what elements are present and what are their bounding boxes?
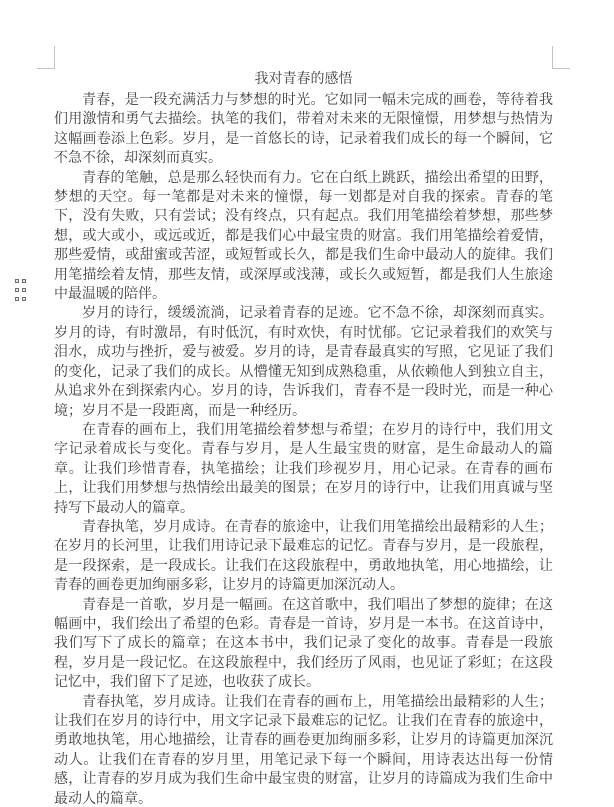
paragraph-7: 青春执笔，岁月成诗。让我们在青春的画布上，用笔描绘出最精彩的人生；让我们在岁月的… <box>54 693 553 807</box>
margin-crop-mark-top-right-icon <box>552 46 570 69</box>
document-title: 我对青春的感悟 <box>54 68 553 91</box>
handle-dot <box>15 279 19 283</box>
paragraph-2: 青春的笔触，总是那么轻快而有力。它在白纸上跳跃，描绘出希望的田野，梦想的天空。每… <box>54 169 553 305</box>
document-page: 我对青春的感悟 青春，是一段充满活力与梦想的时光。它如同一幅未完成的画卷，等待着… <box>0 0 614 807</box>
margin-crop-mark-top-left-icon <box>37 46 55 69</box>
paragraph-3: 岁月的诗行，缓缓流淌，记录着青春的足迹。它不急不徐，却深刻而真实。岁月的诗，有时… <box>54 304 553 420</box>
handle-dot <box>15 297 19 301</box>
handle-dot <box>22 288 26 292</box>
document-body[interactable]: 我对青春的感悟 青春，是一段充满活力与梦想的时光。它如同一幅未完成的画卷，等待着… <box>54 68 553 807</box>
paragraph-5: 青春执笔，岁月成诗。在青春的旅途中，让我们用笔描绘出最精彩的人生；在岁月的长河里… <box>54 518 553 596</box>
handle-dot <box>15 288 19 292</box>
paragraph-1: 青春，是一段充满活力与梦想的时光。它如同一幅未完成的画卷，等待着我们用激情和勇气… <box>54 91 553 169</box>
handle-dot <box>22 297 26 301</box>
paragraph-6: 青春是一首歌，岁月是一幅画。在这首歌中，我们唱出了梦想的旋律；在这幅画中，我们绘… <box>54 596 553 693</box>
drag-handle-icon[interactable] <box>15 279 27 301</box>
handle-dot <box>22 279 26 283</box>
paragraph-4: 在青春的画布上，我们用笔描绘着梦想与希望；在岁月的诗行中，我们用文字记录着成长与… <box>54 421 553 518</box>
